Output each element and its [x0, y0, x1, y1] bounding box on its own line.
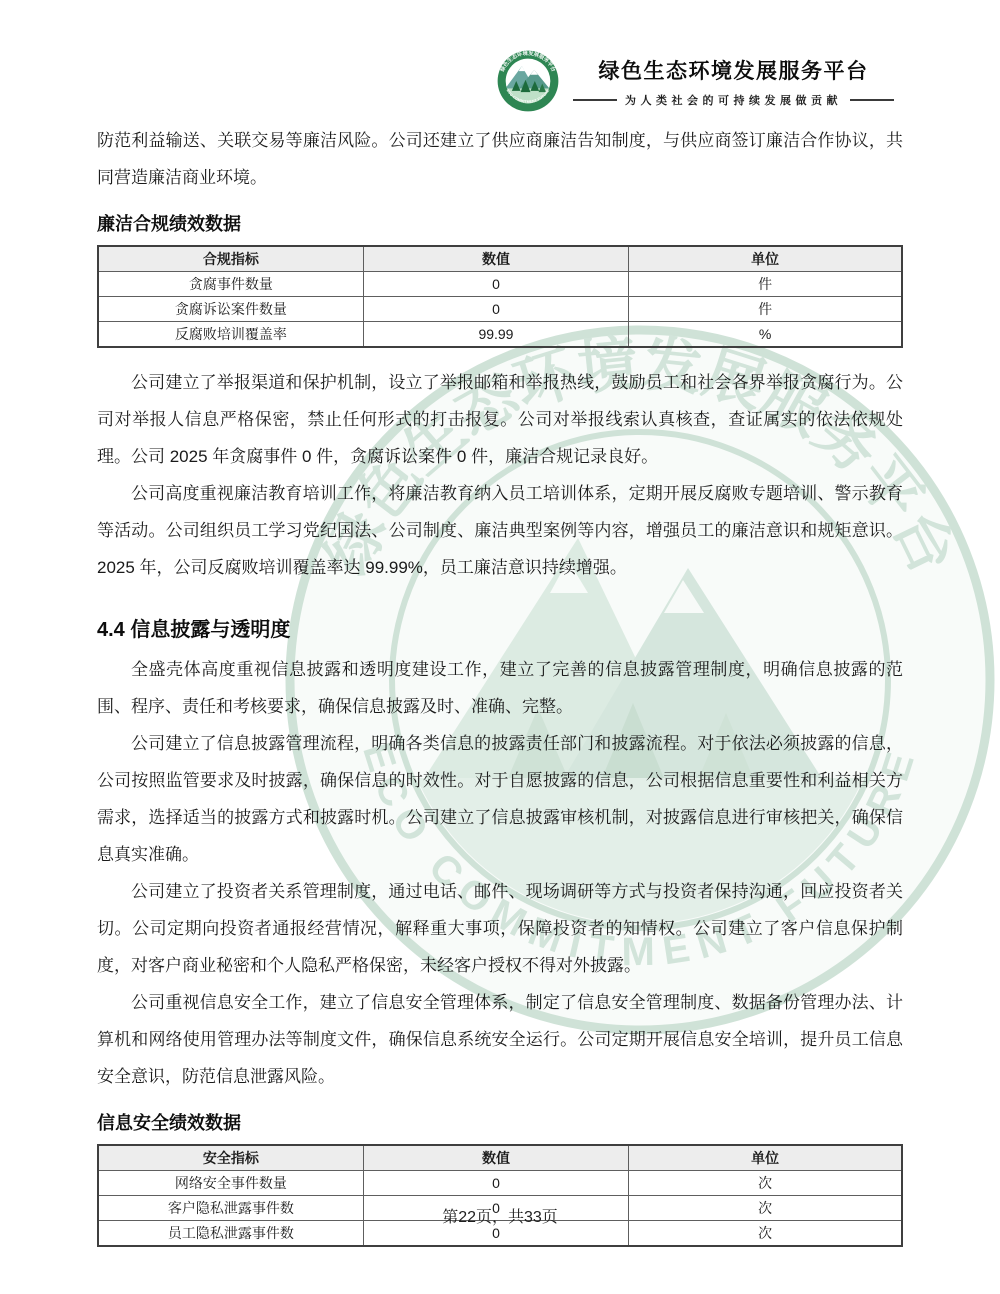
integrity-performance-table: 合规指标 数值 单位 贪腐事件数量 0 件 贪腐诉讼案件数量 0 件 反腐败培训…: [97, 245, 903, 348]
value-cell: 0: [363, 1171, 628, 1196]
tagline-right-rule: [850, 99, 894, 101]
table-row: 反腐败培训覆盖率 99.99 %: [98, 322, 902, 348]
indicator-cell: 反腐败培训覆盖率: [98, 322, 363, 348]
tagline-text: 为人类社会的可持续发展做贡献: [625, 92, 842, 108]
indicator-cell: 网络安全事件数量: [98, 1171, 363, 1196]
integrity-table-heading: 廉洁合规绩效数据: [97, 210, 903, 236]
column-header: 数值: [363, 246, 628, 272]
unit-cell: 件: [629, 272, 902, 297]
document-body: 防范利益输送、关联交易等廉洁风险。公司还建立了供应商廉洁告知制度，与供应商签订廉…: [97, 122, 903, 1247]
value-cell: 0: [363, 272, 628, 297]
value-cell: 99.99: [363, 322, 628, 348]
table-row: 贪腐诉讼案件数量 0 件: [98, 297, 902, 322]
page-header: 绿色生态环境发展服务平台 ECO COMMITMENT FUTURE 绿色生态环…: [0, 0, 1000, 112]
brand-tagline: 为人类社会的可持续发展做贡献: [573, 92, 894, 108]
table-row: 贪腐事件数量 0 件: [98, 272, 902, 297]
tagline-left-rule: [573, 99, 617, 101]
paragraph: 公司建立了投资者关系管理制度，通过电话、邮件、现场调研等方式与投资者保持沟通，回…: [97, 873, 903, 984]
report-page: 绿色生态环境发展服务平台 ECO COMMITMENT FUTURE 绿色生态环…: [0, 0, 1000, 1247]
value-cell: 0: [363, 297, 628, 322]
section-heading-4-4: 4.4 信息披露与透明度: [97, 613, 903, 642]
column-header: 单位: [629, 1145, 902, 1171]
unit-cell: 次: [629, 1171, 902, 1196]
paragraph: 公司重视信息安全工作，建立了信息安全管理体系，制定了信息安全管理制度、数据备份管…: [97, 984, 903, 1095]
platform-logo-icon: 绿色生态环境发展服务平台 ECO COMMITMENT FUTURE: [497, 50, 559, 112]
column-header: 安全指标: [98, 1145, 363, 1171]
paragraph: 公司建立了举报渠道和保护机制，设立了举报邮箱和举报热线，鼓励员工和社会各界举报贪…: [97, 364, 903, 475]
paragraph: 公司高度重视廉洁教育培训工作，将廉洁教育纳入员工培训体系，定期开展反腐败专题培训…: [97, 475, 903, 586]
table-row: 网络安全事件数量 0 次: [98, 1171, 902, 1196]
integrity-paragraphs: 公司建立了举报渠道和保护机制，设立了举报邮箱和举报热线，鼓励员工和社会各界举报贪…: [97, 364, 903, 586]
brand-text-block: 绿色生态环境发展服务平台 为人类社会的可持续发展做贡献: [573, 55, 894, 108]
column-header: 数值: [363, 1145, 628, 1171]
page-number: 第22页，共33页: [0, 1204, 1000, 1227]
column-header: 单位: [629, 246, 902, 272]
table-header-row: 安全指标 数值 单位: [98, 1145, 902, 1171]
paragraph: 公司建立了信息披露管理流程，明确各类信息的披露责任部门和披露流程。对于依法必须披…: [97, 725, 903, 873]
security-table-heading: 信息安全绩效数据: [97, 1109, 903, 1135]
unit-cell: %: [629, 322, 902, 348]
indicator-cell: 贪腐诉讼案件数量: [98, 297, 363, 322]
information-security-table: 安全指标 数值 单位 网络安全事件数量 0 次 客户隐私泄露事件数 0 次 员工…: [97, 1144, 903, 1247]
column-header: 合规指标: [98, 246, 363, 272]
unit-cell: 件: [629, 297, 902, 322]
paragraph-intro: 防范利益输送、关联交易等廉洁风险。公司还建立了供应商廉洁告知制度，与供应商签订廉…: [97, 122, 903, 196]
table-header-row: 合规指标 数值 单位: [98, 246, 902, 272]
paragraph: 全盛壳体高度重视信息披露和透明度建设工作，建立了完善的信息披露管理制度，明确信息…: [97, 651, 903, 725]
platform-name: 绿色生态环境发展服务平台: [599, 55, 869, 85]
indicator-cell: 贪腐事件数量: [98, 272, 363, 297]
